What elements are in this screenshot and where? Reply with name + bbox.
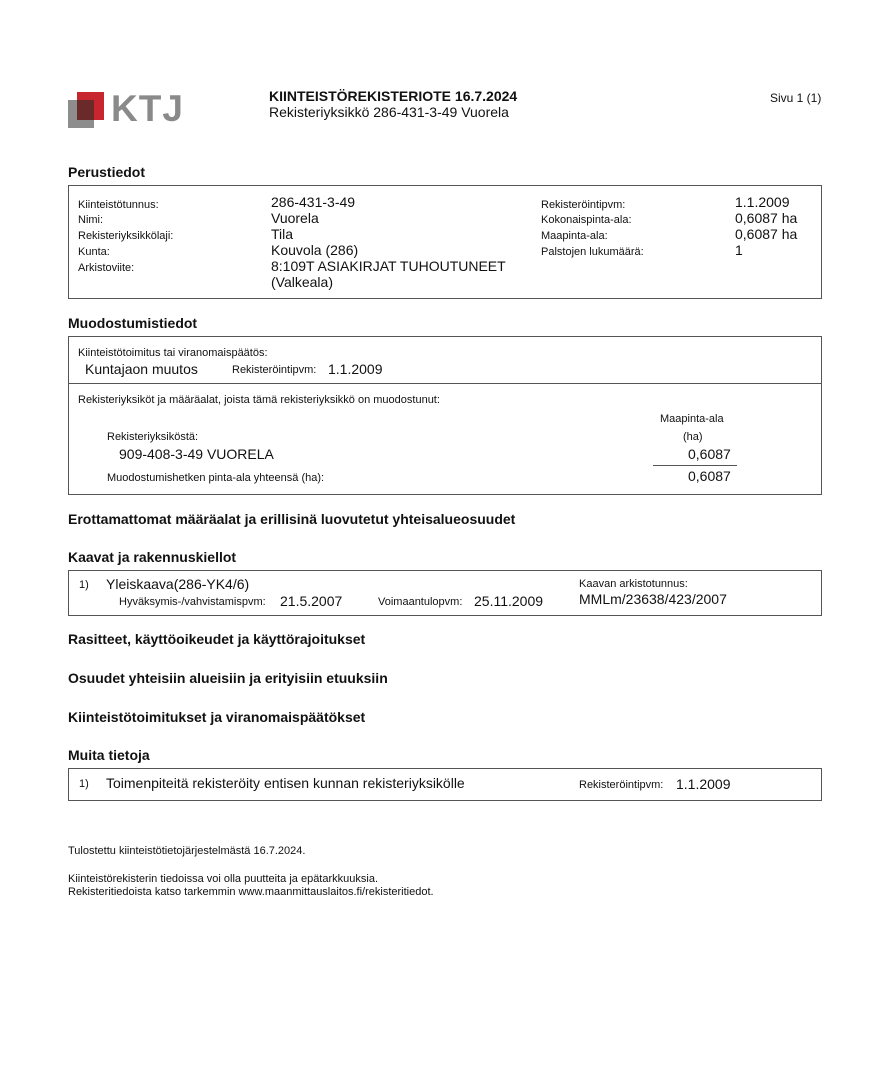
- logo-text: KTJ: [111, 88, 184, 130]
- label-kaavan-arkistotunnus: Kaavan arkistotunnus:: [579, 578, 688, 590]
- value-kiinteistotunnus: 286-431-3-49: [271, 194, 355, 210]
- label-palstojen-lukumaara: Palstojen lukumäärä:: [541, 246, 644, 258]
- kaava-name: Yleiskaava(286-YK4/6): [106, 576, 249, 592]
- section-heading-toimitukset: Kiinteistötoimitukset ja viranomaispäätö…: [68, 709, 365, 725]
- section-heading-perustiedot: Perustiedot: [68, 164, 145, 180]
- section-heading-kaavat: Kaavat ja rakennuskiellot: [68, 549, 236, 565]
- value-nimi: Vuorela: [271, 210, 319, 226]
- perustiedot-box: Kiinteistötunnus: 286-431-3-49 Nimi: Vuo…: [68, 185, 822, 299]
- muita-item-number: 1): [79, 778, 89, 790]
- label-maapinta-ala: Maapinta-ala:: [541, 230, 608, 242]
- ktj-logo: KTJ: [68, 90, 178, 134]
- label-rekisteriyksikosta: Rekisteriyksiköstä:: [107, 431, 198, 443]
- label-voimaantulopvm: Voimaantulopvm:: [378, 596, 462, 608]
- value-source-unit: 909-408-3-49 VUORELA: [119, 446, 274, 462]
- value-kokonaispinta-ala: 0,6087 ha: [735, 210, 797, 226]
- label-arkistoviite: Arkistoviite:: [78, 262, 134, 274]
- logo-overlap-square: [77, 100, 94, 120]
- document-subtitle: Rekisteriyksikkö 286-431-3-49 Vuorela: [269, 104, 509, 120]
- value-palstojen-lukumaara: 1: [735, 242, 743, 258]
- label-rekisterointipvm: Rekisteröintipvm:: [541, 199, 625, 211]
- kaava-item-number: 1): [79, 579, 89, 591]
- disclaimer-line-2: Rekisteritiedoista katso tarkemmin www.m…: [68, 886, 434, 898]
- value-kunta: Kouvola (286): [271, 242, 358, 258]
- label-total-area: Muodostumishetken pinta-ala yhteensä (ha…: [107, 472, 324, 484]
- label-toimitus: Kiinteistötoimitus tai viranomaispäätös:: [78, 347, 268, 359]
- label-muita-rekisterointipvm: Rekisteröintipvm:: [579, 779, 663, 791]
- label-nimi: Nimi:: [78, 214, 103, 226]
- kaavat-box: 1) Yleiskaava(286-YK4/6) Hyväksymis-/vah…: [68, 570, 822, 616]
- value-rekisterointipvm: 1.1.2009: [735, 194, 790, 210]
- label-toimitus-rekisterointipvm: Rekisteröintipvm:: [232, 364, 316, 376]
- document-title: KIINTEISTÖREKISTERIOTE 16.7.2024: [269, 88, 517, 104]
- area-header: Maapinta-ala: [660, 413, 724, 425]
- label-rekisteriyksikkolaji: Rekisteriyksikkölaji:: [78, 230, 173, 242]
- divider: [69, 383, 821, 384]
- page-number: Sivu 1 (1): [770, 91, 821, 105]
- muodostumistiedot-box: Kiinteistötoimitus tai viranomaispäätös:…: [68, 336, 822, 495]
- printed-note: Tulostettu kiinteistötietojärjestelmästä…: [68, 845, 305, 857]
- label-kokonaispinta-ala: Kokonaispinta-ala:: [541, 214, 632, 226]
- section-heading-osuudet: Osuudet yhteisiin alueisiin ja erityisii…: [68, 670, 388, 686]
- label-kiinteistotunnus: Kiinteistötunnus:: [78, 199, 159, 211]
- value-toimitus-rekisterointipvm: 1.1.2009: [328, 361, 383, 377]
- section-heading-muodostumistiedot: Muodostumistiedot: [68, 315, 197, 331]
- value-arkistoviite: 8:109T ASIAKIRJAT TUHOUTUNEET: [271, 258, 506, 274]
- value-kaavan-arkistotunnus: MMLm/23638/423/2007: [579, 591, 727, 607]
- label-hyvaksymispvm: Hyväksymis-/vahvistamispvm:: [119, 596, 266, 608]
- value-voimaantulopvm: 25.11.2009: [474, 593, 543, 609]
- section-heading-muita-tietoja: Muita tietoja: [68, 747, 150, 763]
- section-heading-erottamattomat: Erottamattomat määräalat ja erillisinä l…: [68, 511, 515, 527]
- value-source-area: 0,6087: [688, 446, 731, 462]
- label-kunta: Kunta:: [78, 246, 110, 258]
- value-rekisteriyksikkolaji: Tila: [271, 226, 293, 242]
- value-maapinta-ala: 0,6087 ha: [735, 226, 797, 242]
- sum-line: [653, 465, 737, 466]
- source-intro: Rekisteriyksiköt ja määräalat, joista tä…: [78, 394, 440, 406]
- disclaimer-line-1: Kiinteistörekisterin tiedoissa voi olla …: [68, 873, 378, 885]
- value-total-area: 0,6087: [688, 468, 731, 484]
- section-heading-rasitteet: Rasitteet, käyttöoikeudet ja käyttörajoi…: [68, 631, 365, 647]
- value-arkistoviite-line2: (Valkeala): [271, 274, 333, 290]
- value-muita-rekisterointipvm: 1.1.2009: [676, 776, 731, 792]
- muita-tietoja-box: 1) Toimenpiteitä rekisteröity entisen ku…: [68, 768, 822, 801]
- value-toimitus: Kuntajaon muutos: [85, 361, 198, 377]
- value-hyvaksymispvm: 21.5.2007: [280, 593, 342, 609]
- muita-item-text: Toimenpiteitä rekisteröity entisen kunna…: [106, 775, 465, 791]
- area-unit-header: (ha): [683, 431, 703, 443]
